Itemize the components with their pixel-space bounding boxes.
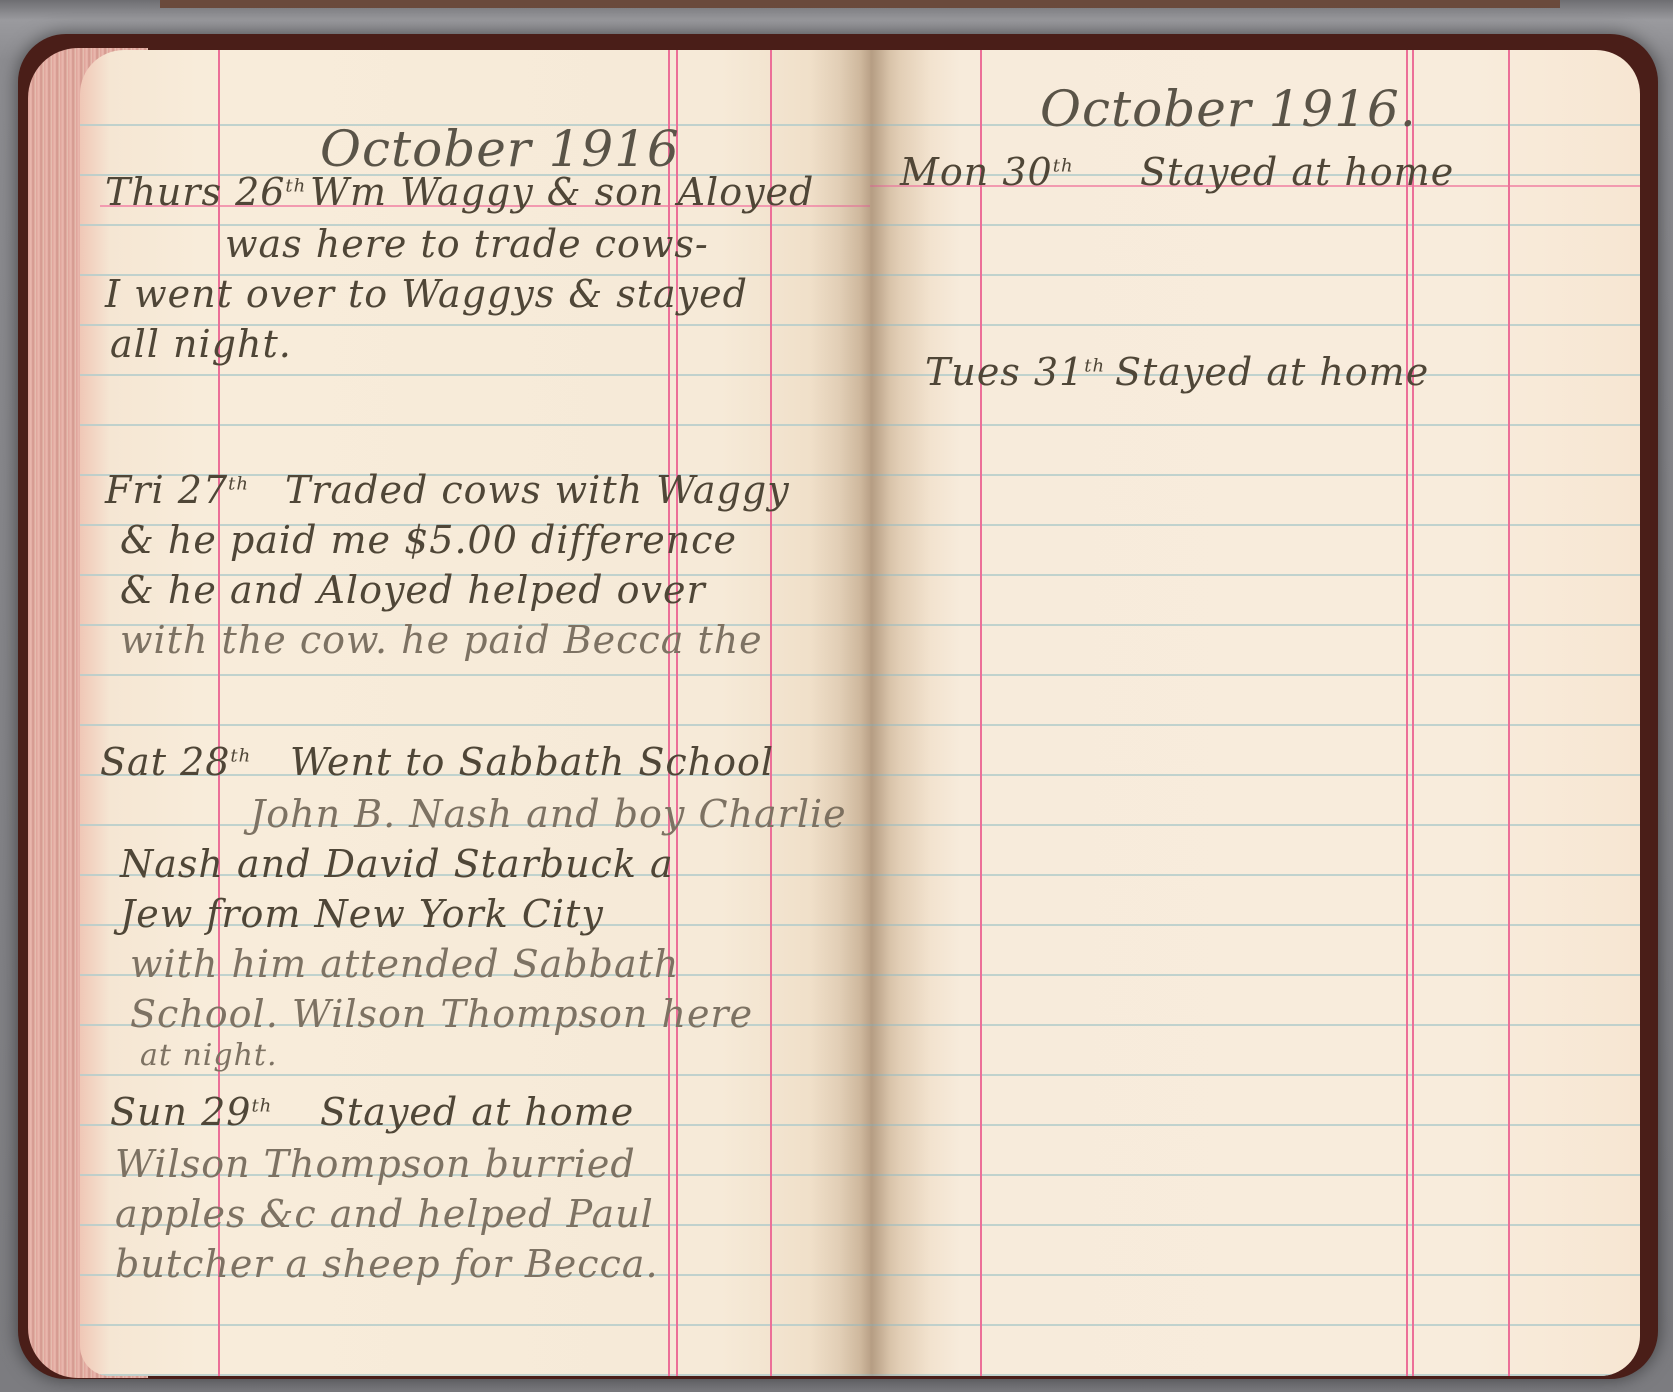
entry-date: Thurs 26th bbox=[105, 170, 306, 214]
page-title: October 1916. bbox=[1040, 80, 1417, 138]
scan-top-strip bbox=[160, 0, 1560, 8]
entry-text-line: apples &c and helped Paul bbox=[115, 1192, 654, 1236]
entry-date-suffix: th bbox=[230, 745, 251, 766]
entry-date-suffix: th bbox=[285, 175, 306, 196]
entry-date-number: 27 bbox=[178, 468, 228, 512]
entry-text-line: John B. Nash and boy Charlie bbox=[250, 792, 847, 836]
entry-date: Fri 27th bbox=[105, 468, 249, 512]
entry-date: Sun 29th bbox=[110, 1090, 272, 1134]
entry-date-number: 30 bbox=[1002, 150, 1052, 194]
left-page: October 1916 Thurs 26th Wm Waggy & son A… bbox=[80, 50, 870, 1376]
entry-text-line: Jew from New York City bbox=[120, 892, 604, 936]
entry-day: Sun bbox=[110, 1090, 188, 1134]
entry-text-line: Nash and David Starbuck a bbox=[120, 842, 674, 886]
entry-text-line: with the cow. he paid Becca the bbox=[120, 618, 763, 662]
entry-text-line: & he paid me $5.00 difference bbox=[120, 518, 737, 562]
entry-text-line: & he and Aloyed helped over bbox=[120, 568, 706, 612]
entry-text-line: Went to Sabbath School bbox=[290, 740, 774, 784]
entry-day: Tues bbox=[925, 350, 1021, 394]
left-margin-line bbox=[980, 50, 982, 1376]
entry-text-line: all night. bbox=[110, 322, 292, 366]
entry-text-line: School. Wilson Thompson here bbox=[130, 992, 753, 1036]
right-margin-line-1 bbox=[1406, 50, 1408, 1376]
diary-spread: October 1916 Thurs 26th Wm Waggy & son A… bbox=[80, 50, 1640, 1376]
entry-date: Sat 28th bbox=[100, 740, 251, 784]
entry-day: Thurs bbox=[105, 170, 222, 214]
entry-date: Mon 30th bbox=[900, 150, 1074, 194]
entry-text-line: Traded cows with Waggy bbox=[285, 468, 790, 512]
ruled-lines bbox=[870, 50, 1640, 1376]
entry-date-suffix: th bbox=[251, 1095, 272, 1116]
right-page: October 1916. Mon 30th Stayed at home Tu… bbox=[870, 50, 1640, 1376]
entry-date-number: 31 bbox=[1034, 350, 1084, 394]
entry-day: Fri bbox=[105, 468, 165, 512]
entry-text-line: Wilson Thompson burried bbox=[115, 1142, 636, 1186]
entry-text-line: Wm Waggy & son Aloyed bbox=[310, 170, 814, 214]
right-margin-line-3 bbox=[1508, 50, 1510, 1376]
entry-date-suffix: th bbox=[1084, 355, 1105, 376]
entry-text-line: Stayed at home bbox=[1140, 150, 1454, 194]
entry-text-line: Stayed at home bbox=[320, 1090, 634, 1134]
entry-date-number: 26 bbox=[235, 170, 285, 214]
entry-date-suffix: th bbox=[228, 473, 249, 494]
entry-text-line: Stayed at home bbox=[1115, 350, 1429, 394]
right-margin-line-3 bbox=[770, 50, 772, 1376]
entry-date-number: 28 bbox=[180, 740, 230, 784]
right-margin-line-2 bbox=[1412, 50, 1414, 1376]
entry-date-suffix: th bbox=[1053, 155, 1074, 176]
entry-text-line: was here to trade cows- bbox=[225, 222, 709, 266]
entry-text-line: I went over to Waggys & stayed bbox=[105, 272, 748, 316]
entry-text-line: with him attended Sabbath bbox=[130, 942, 679, 986]
entry-text-line: butcher a sheep for Becca. bbox=[115, 1242, 659, 1286]
entry-date: Tues 31th bbox=[925, 350, 1105, 394]
entry-day: Sat bbox=[100, 740, 167, 784]
entry-date-number: 29 bbox=[201, 1090, 251, 1134]
entry-day: Mon bbox=[900, 150, 989, 194]
entry-text-line: at night. bbox=[140, 1038, 278, 1073]
